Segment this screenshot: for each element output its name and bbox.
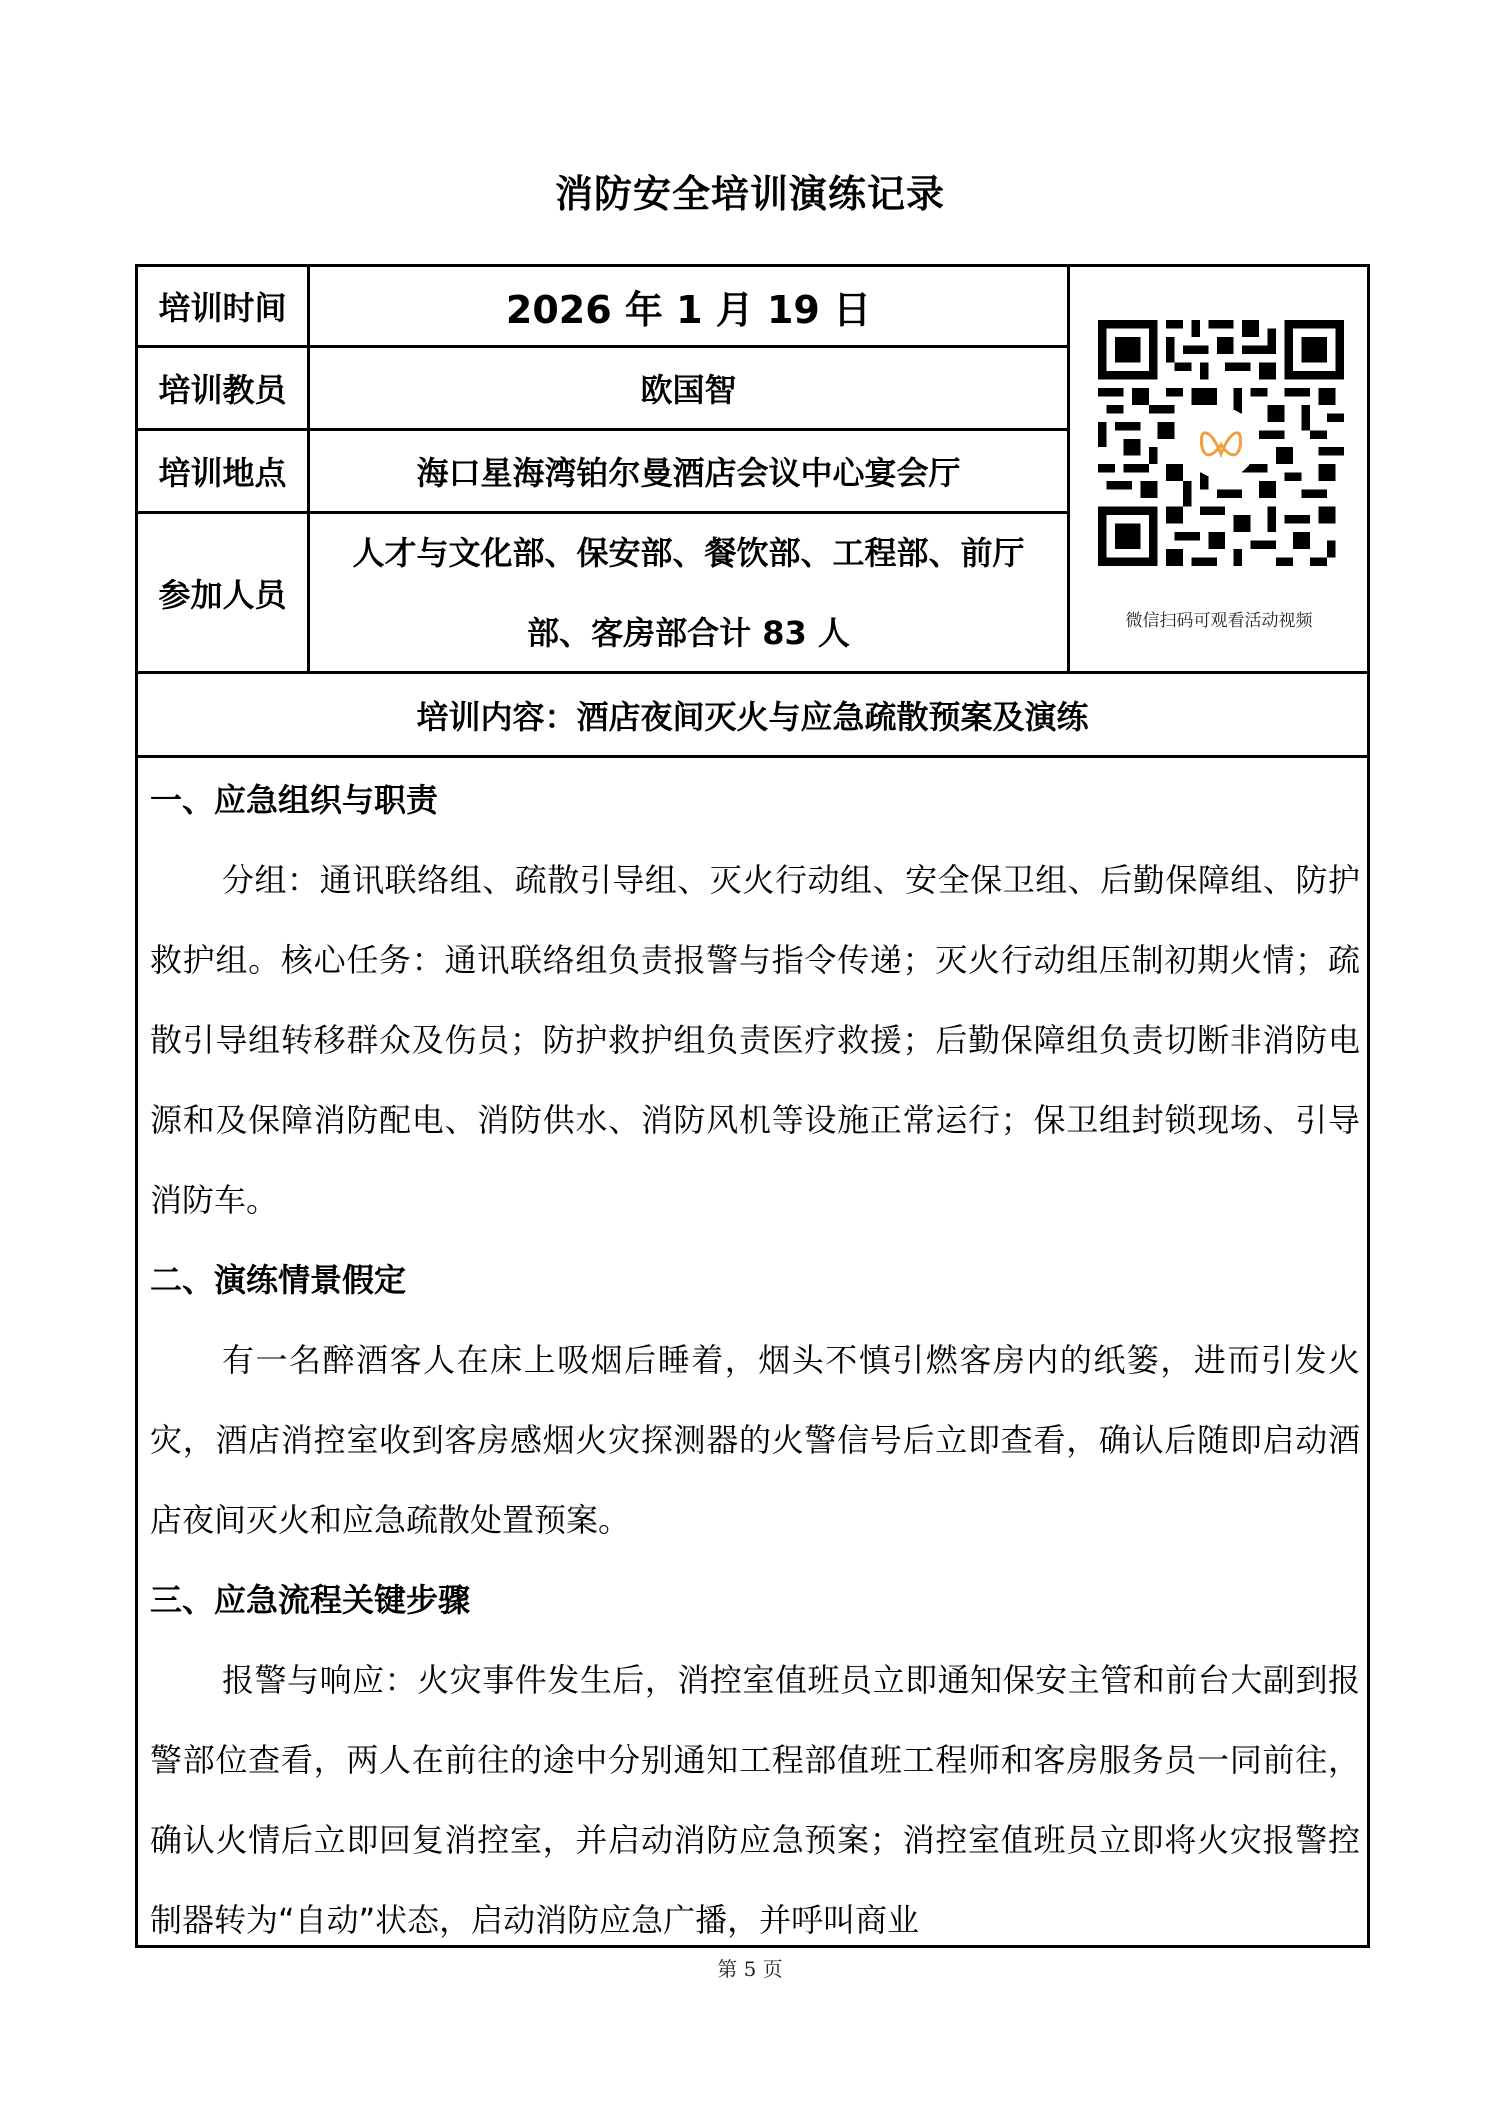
label-attendees: 参加人员 — [138, 514, 307, 671]
section-heading: 二、演练情景假定 — [150, 1240, 1360, 1320]
section-paragraph: 分组：通讯联络组、疏散引导组、灭火行动组、安全保卫组、后勤保障组、防护救护组。核… — [150, 840, 1360, 1240]
page-number: 第 5 页 — [0, 1953, 1500, 1982]
attendees-line-1: 人才与文化部、保安部、餐饮部、工程部、前厅 — [352, 513, 1024, 593]
label-instructor: 培训教员 — [138, 348, 307, 428]
attendees-value: 人才与文化部、保安部、餐饮部、工程部、前厅 部、客房部合计 83 人 — [310, 514, 1067, 671]
section-paragraph: 报警与响应：火灾事件发生后，消控室值班员立即通知保安主管和前台大副到报警部位查看… — [150, 1640, 1360, 1960]
label-training-time: 培训时间 — [138, 267, 307, 345]
divider — [135, 755, 1370, 758]
instructor-name: 欧国智 — [310, 348, 1067, 428]
attendees-line-2: 部、客房部合计 83 人 — [527, 593, 850, 673]
document-title: 消防安全培训演练记录 — [0, 163, 1500, 218]
training-date: 2026 年 1 月 19 日 — [310, 267, 1067, 345]
training-content-title: 培训内容：酒店夜间灭火与应急疏散预案及演练 — [138, 674, 1367, 755]
section-heading: 一、应急组织与职责 — [150, 760, 1360, 840]
qr-caption: 微信扫码可观看活动视频 — [1068, 606, 1370, 631]
section-heading: 三、应急流程关键步骤 — [150, 1560, 1360, 1640]
training-location: 海口星海湾铂尔曼酒店会议中心宴会厅 — [310, 431, 1067, 511]
document-body: 一、应急组织与职责 分组：通讯联络组、疏散引导组、灭火行动组、安全保卫组、后勤保… — [150, 760, 1360, 1960]
section-paragraph: 有一名醉酒客人在床上吸烟后睡着，烟头不慎引燃客房内的纸篓，进而引发火灾，酒店消控… — [150, 1320, 1360, 1560]
label-location: 培训地点 — [138, 431, 307, 511]
qr-code-icon[interactable] — [1098, 320, 1344, 566]
